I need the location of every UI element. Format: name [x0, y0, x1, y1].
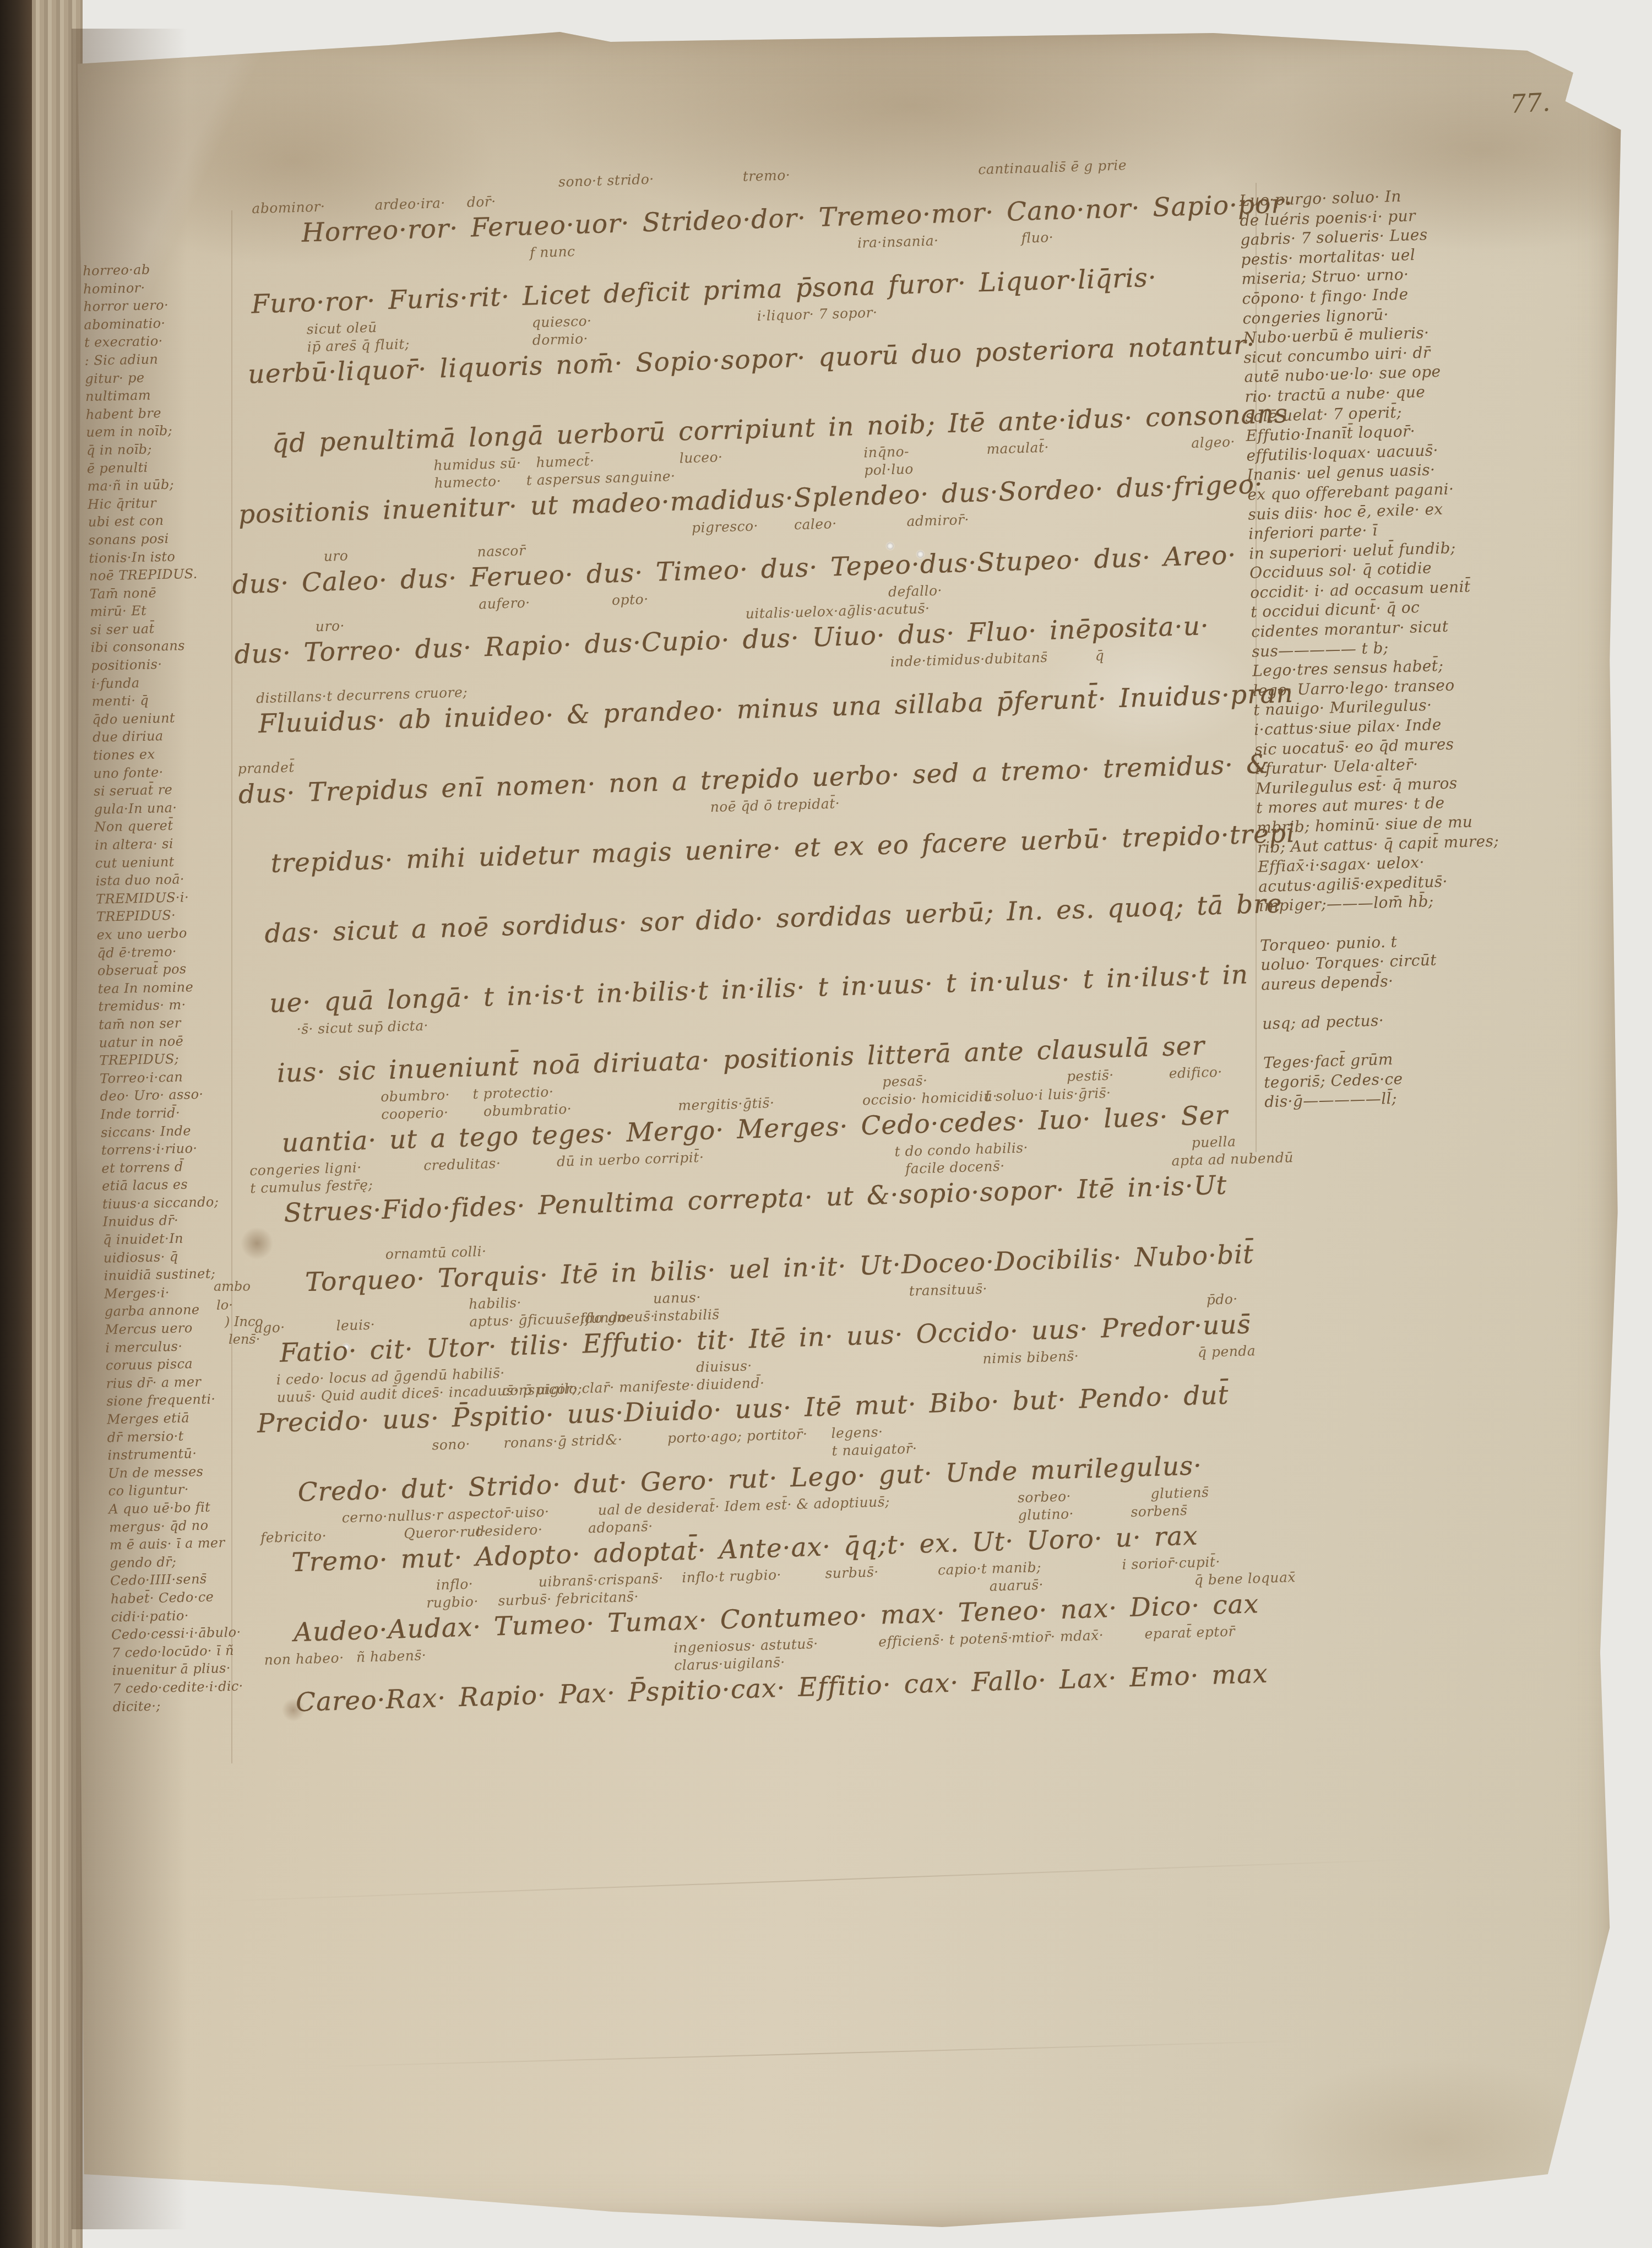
interlinear-gloss: puella — [1191, 1133, 1236, 1150]
interlinear-gloss: inde·timidus·dubitans̄ — [890, 649, 1048, 670]
interlinear-gloss: pigresco· — [692, 518, 759, 536]
interlinear-gloss: t soluo·i luis·ḡris̄· — [985, 1085, 1111, 1105]
interlinear-gloss: t nauigator̄· — [832, 1440, 917, 1459]
interlinear-gloss: desidero· — [475, 1522, 543, 1540]
interlinear-gloss: transituus̄· — [909, 1281, 987, 1299]
interlinear-gloss: defallo· — [888, 582, 943, 600]
interlinear-gloss: dormio· — [532, 330, 588, 348]
book-binding — [0, 0, 32, 2248]
interlinear-gloss: fluo· — [1021, 229, 1054, 246]
interlinear-gloss: luceo· — [679, 449, 723, 466]
interlinear-gloss: q̄ — [1095, 648, 1104, 664]
interlinear-gloss: opto· — [612, 591, 649, 608]
parchment-crease — [205, 1859, 1416, 1902]
interlinear-gloss: eparat̄ eptor̄ — [1144, 1623, 1235, 1642]
interlinear-gloss: quiesco· — [531, 313, 592, 330]
interlinear-gloss: Queror·rut· — [404, 1523, 487, 1541]
interlinear-gloss: admiror̄· — [906, 512, 969, 529]
interlinear-gloss: auarus̄· — [989, 1577, 1044, 1594]
interlinear-gloss: caleo· — [794, 515, 838, 533]
interlinear-gloss: febricito· — [260, 1528, 327, 1546]
interlinear-gloss: porto·ago; portitor̄· — [667, 1426, 808, 1446]
interlinear-gloss: instabilis̄ — [653, 1306, 720, 1324]
interlinear-gloss: q̄ bene loquax̄ — [1194, 1569, 1296, 1588]
interlinear-gloss: sorbeo· — [1017, 1488, 1071, 1506]
interlinear-gloss: capio·t manib; — [938, 1559, 1042, 1578]
interlinear-gloss: q̄ penda — [1198, 1343, 1256, 1360]
interlinear-gloss: ronans·ḡ strid&· — [503, 1431, 623, 1451]
interlinear-gloss: rugbio· — [426, 1593, 479, 1611]
interlinear-gloss: ornamtū colli· — [385, 1244, 487, 1262]
interlinear-gloss: obumbratio· — [483, 1101, 572, 1120]
interlinear-gloss: nascor̄ — [477, 542, 526, 560]
interlinear-gloss: pestis̄· — [1066, 1067, 1114, 1085]
interlinear-gloss: i·liquor· 7 sopor· — [757, 305, 877, 324]
interlinear-gloss: leuis· — [336, 1317, 376, 1334]
interlinear-gloss: nimis bibens̄· — [982, 1348, 1079, 1367]
interlinear-gloss: inflo· — [436, 1576, 474, 1593]
interlinear-gloss: diuisus· — [696, 1358, 753, 1375]
interlinear-gloss: glutino· — [1018, 1506, 1074, 1523]
interlinear-gloss: i sorior̄·cupit̄· — [1122, 1554, 1220, 1572]
interlinear-gloss: dor̄· — [466, 193, 496, 210]
interlinear-gloss: adopans̄· — [588, 1518, 654, 1536]
interlinear-gloss: legens· — [831, 1424, 883, 1441]
interlinear-gloss: conspicor; clar̄· manifeste· — [502, 1377, 695, 1398]
interlinear-gloss: noē q̄d ō trepidat̄· — [710, 795, 840, 815]
interlinear-gloss: ñ habens̄· — [356, 1647, 427, 1665]
interlinear-gloss: sorbens̄ — [1131, 1502, 1188, 1520]
stray-gloss-word: ambo — [214, 1279, 251, 1294]
interlinear-gloss: inq̄no- — [863, 443, 910, 460]
interlinear-gloss: surbus̄· febricitans̄· — [498, 1589, 639, 1609]
interlinear-gloss: ingeniosus· astutus̄· — [673, 1636, 818, 1656]
manuscript-photo: 77. horreo·abhominor·horror uero·abomina… — [0, 0, 1652, 2248]
interlinear-gloss: sicut oleū — [306, 319, 377, 338]
interlinear-gloss: effundo· — [572, 1309, 632, 1327]
interlinear-gloss: uro — [323, 547, 348, 564]
interlinear-gloss: tremo· — [742, 167, 790, 184]
interlinear-gloss: credulitas· — [423, 1155, 501, 1174]
interlinear-gloss: habilis· — [469, 1295, 522, 1312]
interlinear-gloss: algeo· — [1191, 434, 1236, 451]
interlinear-gloss: ardeo·ira· — [374, 195, 445, 213]
interlinear-gloss: ira·insania· — [857, 232, 939, 251]
interlinear-gloss: t protectio· — [472, 1084, 554, 1102]
interlinear-gloss: surbus̄· — [825, 1564, 879, 1582]
interlinear-gloss: glutiens̄ — [1150, 1484, 1209, 1502]
interlinear-gloss: pesas̄· — [882, 1073, 928, 1090]
main-text-block: sono·t strido·tremo·cantinaualis̄ ē g pr… — [220, 151, 1290, 1720]
interlinear-gloss: edifico· — [1169, 1064, 1222, 1082]
interlinear-gloss: uanus· — [653, 1289, 701, 1307]
interlinear-gloss: occisio· homicidiū· — [862, 1088, 998, 1108]
interlinear-gloss: ·s̄· sicut sup̄ dicta· — [296, 1017, 428, 1037]
interlinear-gloss: non habeo· — [264, 1650, 344, 1668]
interlinear-gloss: humidus sū· — [433, 455, 521, 474]
parchment-crease — [315, 2040, 1306, 2067]
interlinear-gloss: cantinaualis̄ ē g prie — [978, 157, 1127, 177]
interlinear-gloss: abominor· — [252, 198, 325, 216]
stray-gloss-word: lens̄· — [229, 1332, 260, 1347]
interlinear-gloss: dū in uerbo corripit̄· — [557, 1149, 704, 1170]
interlinear-gloss: maculat̄· — [986, 439, 1049, 457]
interlinear-gloss: humecto· — [434, 473, 502, 491]
interlinear-gloss: sono· — [432, 1436, 470, 1453]
interlinear-gloss: uibrans̄·crispans̄· — [538, 1570, 664, 1590]
interlinear-gloss: prandet̄ — [237, 759, 295, 777]
right-margin-gloss-column: Luo·purgo· soluo· Inde luéris poenis·i· … — [1239, 181, 1639, 1112]
interlinear-gloss: obumbro· — [381, 1087, 450, 1105]
interlinear-gloss: mergitis·ḡtis̄· — [678, 1095, 775, 1114]
interlinear-gloss: uro· — [315, 618, 345, 635]
interlinear-gloss: t aspersus sanguine· — [526, 468, 676, 488]
interlinear-gloss: t cumulus festr̄ę; — [250, 1177, 373, 1197]
interlinear-gloss: aufero· — [479, 595, 530, 612]
interlinear-gloss: sono·t strido· — [558, 171, 655, 190]
interlinear-gloss: p̄do· — [1206, 1291, 1238, 1308]
interlinear-gloss: distillans·t decurrens cruore; — [256, 684, 468, 706]
interlinear-gloss: uitalis·uelox·aḡlis·acutus̄· — [745, 600, 930, 622]
interlinear-gloss: t do condo habilis· — [894, 1139, 1028, 1159]
interlinear-gloss: inflo·t rugbio· — [682, 1567, 782, 1585]
interlinear-gloss: humect̄· — [536, 453, 595, 470]
interlinear-gloss: efficiens̄· t potens̄· — [878, 1630, 1013, 1649]
interlinear-gloss: f nunc — [530, 243, 575, 260]
folio-page-number: 77. — [1509, 87, 1551, 119]
stray-gloss-word: lo· — [216, 1297, 233, 1313]
interlinear-gloss: diuidend̄· — [697, 1375, 765, 1393]
interlinear-gloss: congeries ligni· — [249, 1159, 362, 1179]
stray-gloss-word: ) Inco — [225, 1314, 263, 1329]
interlinear-gloss: mtior̄· mdax̄· — [1011, 1627, 1104, 1646]
interlinear-gloss: pol·luo — [864, 461, 914, 479]
interlinear-gloss: ip̄ ares̄ q̄ fluit; — [307, 336, 410, 355]
interlinear-gloss: cooperio· — [381, 1104, 449, 1122]
interlinear-gloss: clarus·uigilans̄· — [674, 1654, 785, 1674]
interlinear-gloss: facile docens̄· — [905, 1158, 1005, 1177]
